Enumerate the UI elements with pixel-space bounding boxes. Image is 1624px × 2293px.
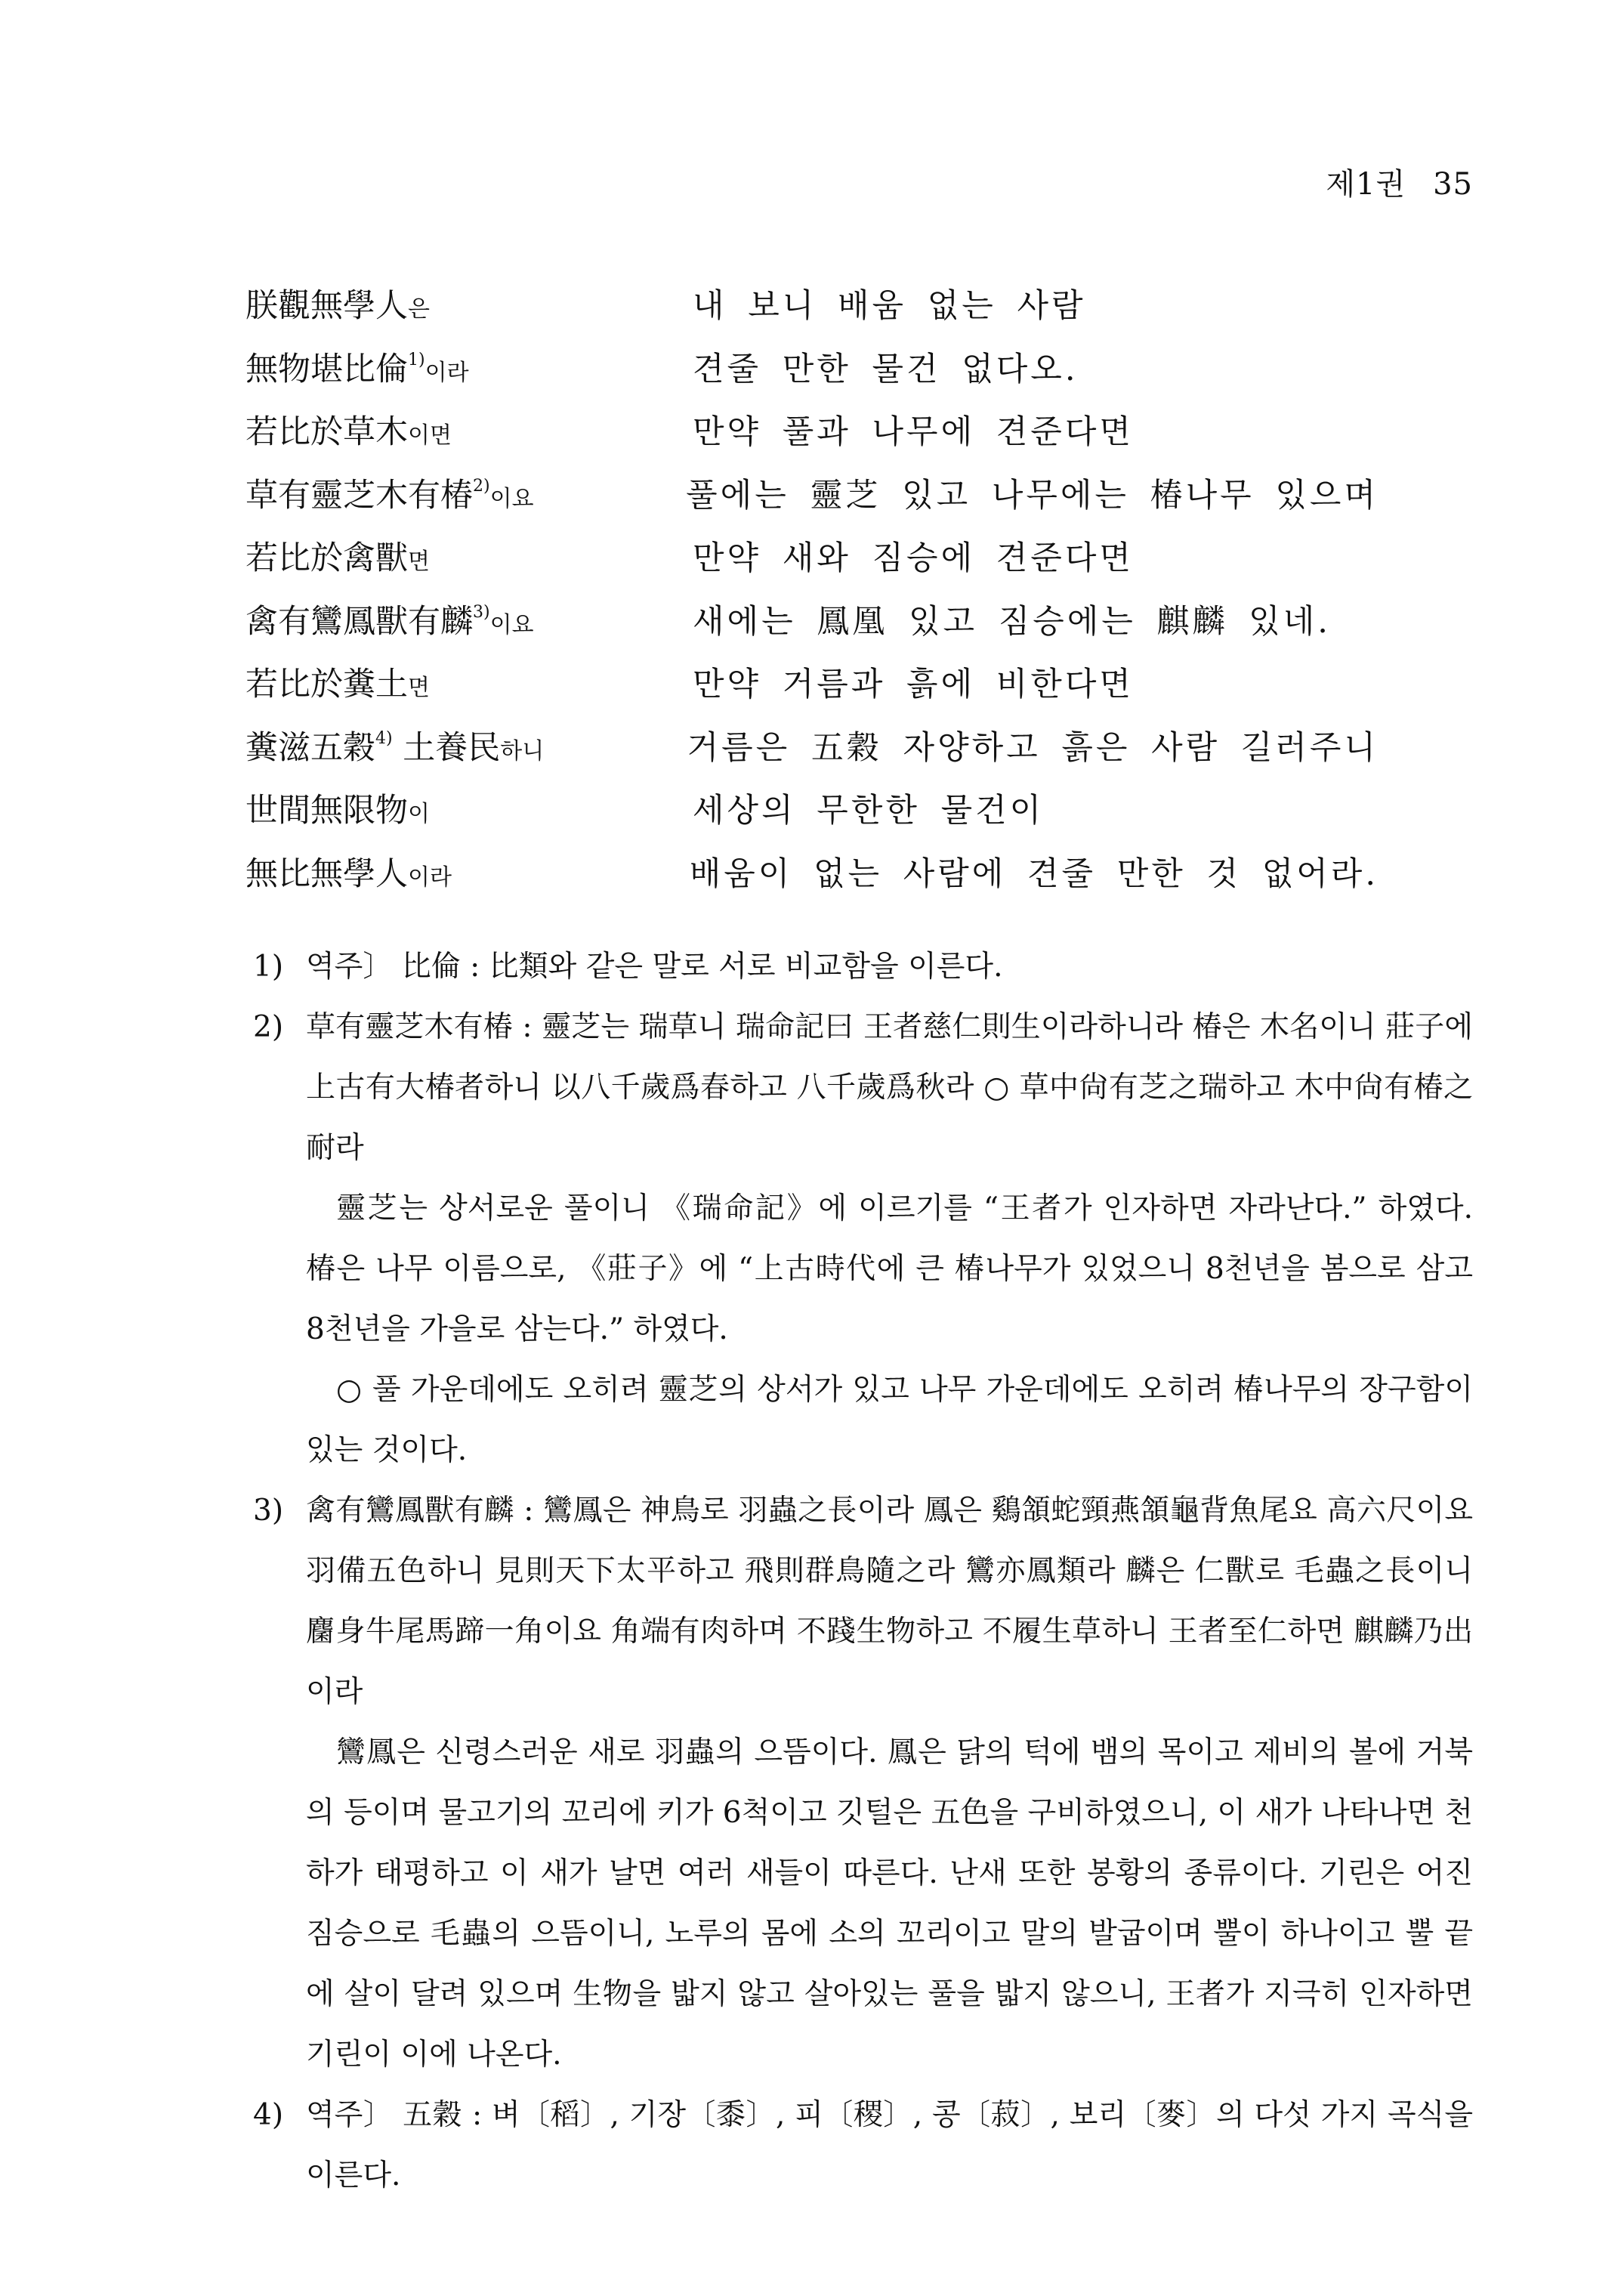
footnote-ref[interactable]: 4) xyxy=(375,729,393,748)
footnotes: 1) 역주〕 比倫 : 比類와 같은 말로 서로 비교함을 이른다. 2) 草有… xyxy=(253,937,1473,2206)
footnote-original: 禽有鸞鳳獸有麟 : 鸞鳳은 神鳥로 羽蟲之長이라 鳳은 鷄頷蛇頸燕頷龜背魚尾요 … xyxy=(306,1481,1473,1723)
page-number: 35 xyxy=(1433,167,1473,202)
footnote-ref[interactable]: 2) xyxy=(473,477,490,496)
verse-line: 朕觀無學人은 내 보니 배움 없는 사람 xyxy=(245,272,1379,335)
verse-line: 無比無學人이라 배움이 없는 사람에 견줄 만한 것 없어라. xyxy=(245,840,1379,904)
verse-translation: 만약 거름과 흙에 비한다면 xyxy=(693,659,1134,705)
verse-translation: 만약 풀과 나무에 견준다면 xyxy=(693,406,1134,453)
verse-line: 若比於糞土면 만약 거름과 흙에 비한다면 xyxy=(245,651,1379,714)
footnote-number: 3) xyxy=(253,1481,306,2085)
verse-original: 禽有鸞鳳獸有麟3)이요 xyxy=(245,596,693,642)
verse-translation: 내 보니 배움 없는 사람 xyxy=(693,280,1086,326)
footnote-number: 4) xyxy=(253,2085,306,2206)
verse-original: 糞滋五穀4) 土養民하니 xyxy=(245,722,687,768)
verse-line: 無物堪比倫1)이라 견줄 만한 물건 없다오. xyxy=(245,335,1379,399)
footnote-number: 2) xyxy=(253,997,306,1481)
footnote-2: 2) 草有靈芝木有椿 : 靈芝는 瑞草니 瑞命記曰 王者慈仁則生이라하니라 椿은… xyxy=(253,997,1473,1481)
footnote-body: 역주〕 比倫 : 比類와 같은 말로 서로 비교함을 이른다. xyxy=(306,937,1473,997)
verse-line: 若比於草木이면 만약 풀과 나무에 견준다면 xyxy=(245,398,1379,462)
verse-original: 草有靈芝木有椿2)이요 xyxy=(245,470,686,516)
verse-translation: 견줄 만한 물건 없다오. xyxy=(693,344,1079,390)
verse-translation: 새에는 鳳凰 있고 짐승에는 麒麟 있네. xyxy=(693,596,1331,642)
footnote-ref[interactable]: 1) xyxy=(408,351,425,369)
verse-line: 世間無限物이 세상의 무한한 물건이 xyxy=(245,777,1379,840)
verse-line: 禽有鸞鳳獸有麟3)이요 새에는 鳳凰 있고 짐승에는 麒麟 있네. xyxy=(245,588,1379,651)
footnote-number: 1) xyxy=(253,937,306,997)
verse-translation: 세상의 무한한 물건이 xyxy=(693,785,1044,831)
running-header: 제1권35 xyxy=(1326,160,1473,203)
footnote-body: 禽有鸞鳳獸有麟 : 鸞鳳은 神鳥로 羽蟲之長이라 鳳은 鷄頷蛇頸燕頷龜背魚尾요 … xyxy=(306,1481,1473,2085)
footnote-body: 역주〕 五穀 : 벼〔稻〕, 기장〔黍〕, 피〔稷〕, 콩〔菽〕, 보리〔麥〕의… xyxy=(306,2085,1473,2206)
verse-original: 若比於草木이면 xyxy=(245,406,693,453)
verse-translation: 만약 새와 짐승에 견준다면 xyxy=(693,533,1134,579)
verse-line: 草有靈芝木有椿2)이요 풀에는 靈芝 있고 나무에는 椿나무 있으며 xyxy=(245,462,1379,525)
verse-translation: 풀에는 靈芝 있고 나무에는 椿나무 있으며 xyxy=(686,470,1379,516)
footnote-3: 3) 禽有鸞鳳獸有麟 : 鸞鳳은 神鳥로 羽蟲之長이라 鳳은 鷄頷蛇頸燕頷龜背魚… xyxy=(253,1481,1473,2085)
footnote-translation: ○ 풀 가운데에도 오히려 靈芝의 상서가 있고 나무 가운데에도 오히려 椿나… xyxy=(306,1360,1473,1481)
volume-label: 제1권 xyxy=(1326,167,1406,202)
verse-original: 無比無學人이라 xyxy=(245,848,690,895)
footnote-1: 1) 역주〕 比倫 : 比類와 같은 말로 서로 비교함을 이른다. xyxy=(253,937,1473,997)
verse-original: 世間無限物이 xyxy=(245,785,693,831)
footnote-ref[interactable]: 3) xyxy=(473,603,490,622)
footnote-4: 4) 역주〕 五穀 : 벼〔稻〕, 기장〔黍〕, 피〔稷〕, 콩〔菽〕, 보리〔… xyxy=(253,2085,1473,2206)
verse-line: 糞滋五穀4) 土養民하니 거름은 五穀 자양하고 흙은 사람 길러주니 xyxy=(245,714,1379,777)
verse-original: 若比於禽獸면 xyxy=(245,533,693,579)
footnote-original: 草有靈芝木有椿 : 靈芝는 瑞草니 瑞命記曰 王者慈仁則生이라하니라 椿은 木名… xyxy=(306,997,1473,1179)
footnote-translation: 靈芝는 상서로운 풀이니 《瑞命記》에 이르기를 “王者가 인자하면 자라난다.… xyxy=(306,1179,1473,1360)
verse-original: 若比於糞土면 xyxy=(245,659,693,705)
footnote-body: 草有靈芝木有椿 : 靈芝는 瑞草니 瑞命記曰 王者慈仁則生이라하니라 椿은 木名… xyxy=(306,997,1473,1481)
verse-translation: 배움이 없는 사람에 견줄 만한 것 없어라. xyxy=(690,848,1379,895)
verse-translation: 거름은 五穀 자양하고 흙은 사람 길러주니 xyxy=(687,722,1379,768)
verse-line: 若比於禽獸면 만약 새와 짐승에 견준다면 xyxy=(245,524,1379,588)
verse-original: 朕觀無學人은 xyxy=(245,280,693,326)
verse-table: 朕觀無學人은 내 보니 배움 없는 사람 無物堪比倫1)이라 견줄 만한 물건 … xyxy=(245,272,1379,903)
footnote-translation: 鸞鳳은 신령스러운 새로 羽蟲의 으뜸이다. 鳳은 닭의 턱에 뱀의 목이고 제… xyxy=(306,1723,1473,2085)
verse-original: 無物堪比倫1)이라 xyxy=(245,344,693,390)
